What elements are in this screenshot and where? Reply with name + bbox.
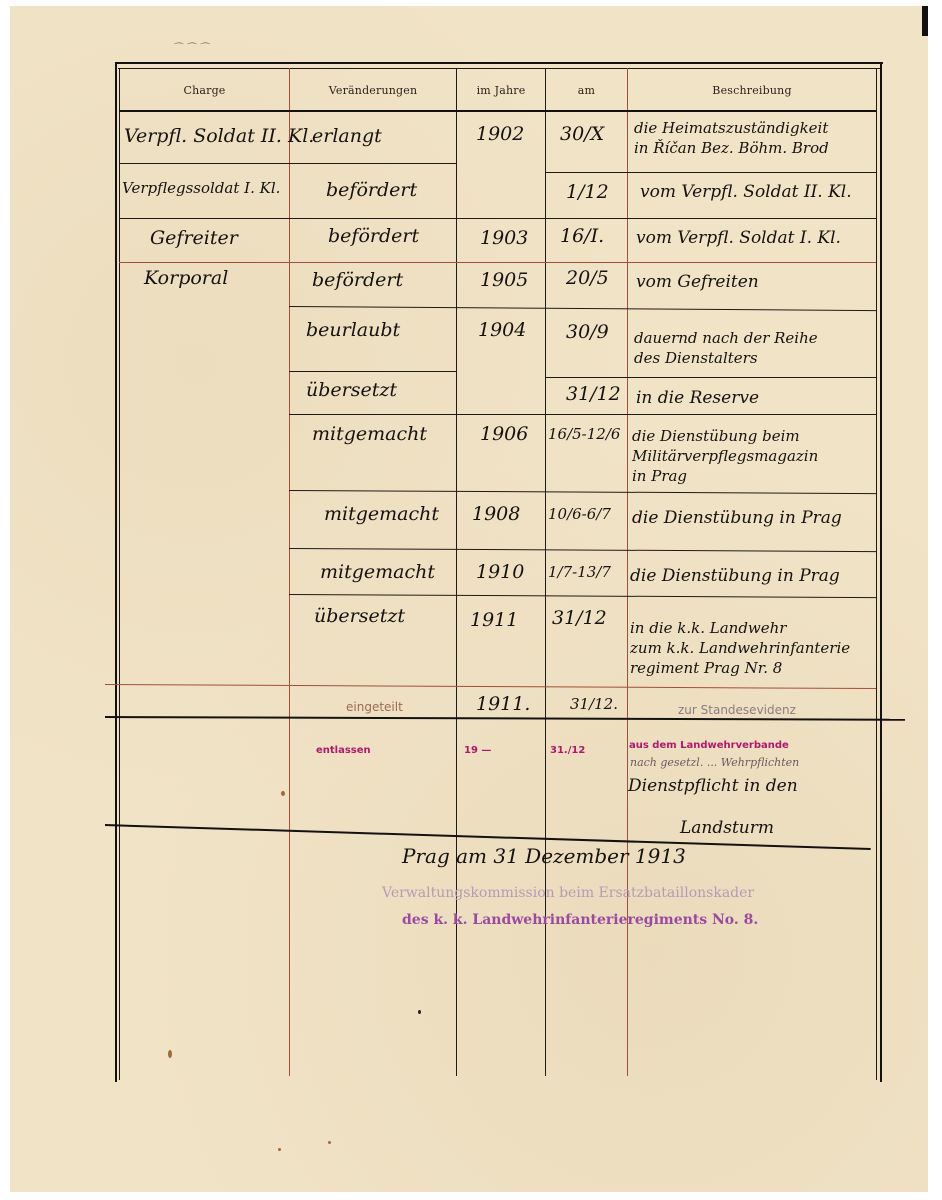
- row-5-date: 30/9: [566, 322, 609, 343]
- row-1-charge: Verpfl. Soldat II. Kl.: [124, 126, 314, 147]
- header-bottom-border: [119, 110, 876, 112]
- stain: [328, 1141, 331, 1144]
- row-3-charge: Gefreiter: [150, 228, 238, 249]
- row-line: [545, 377, 876, 378]
- row-line: [545, 172, 876, 173]
- row-10-description-line-3: regiment Prag Nr. 8: [630, 660, 782, 677]
- row-4-year: 1905: [480, 270, 528, 291]
- row-7-year: 1906: [480, 424, 528, 445]
- row-8-year: 1908: [472, 504, 520, 525]
- stain: [418, 1010, 421, 1014]
- row-10-date: 31/12: [552, 608, 607, 629]
- row-line: [119, 262, 876, 263]
- row-line: [289, 371, 457, 372]
- place-and-date: Prag am 31 Dezember 1913: [402, 846, 686, 867]
- row-4-description: vom Gefreiten: [636, 272, 759, 293]
- row-1-change: erlangt: [312, 126, 382, 147]
- stamp-eingeteilt: eingeteilt: [346, 700, 403, 714]
- row-line: [119, 218, 876, 219]
- row-2-date: 1/12: [566, 182, 609, 203]
- faint-mark: ⌒ ⌒ ⌒: [172, 40, 208, 57]
- row-5-change: beurlaubt: [306, 320, 400, 341]
- row-1-date: 30/X: [560, 124, 604, 145]
- table-top-inner-border: [118, 68, 880, 69]
- row-9-description: die Dienstübung in Prag: [630, 566, 840, 587]
- header-im-jahre: im Jahre: [457, 72, 545, 108]
- row-6-change: übersetzt: [306, 380, 397, 401]
- table-right-border: [880, 62, 882, 1082]
- stamp-gesetzl-wehrpflicht: nach gesetzl. ... Wehrpflichten: [630, 754, 799, 771]
- row-7-date: 16/5-12/6: [548, 426, 620, 443]
- row-4-change: befördert: [312, 270, 403, 291]
- row-6-date: 31/12: [566, 384, 621, 405]
- row-5-description-line-1: dauernd nach der Reihe: [634, 330, 818, 347]
- row-9-change: mitgemacht: [320, 562, 435, 583]
- row-line: [119, 163, 457, 164]
- stamp-landwehrverbande: aus dem Landwehrverbande: [629, 740, 789, 751]
- row-line: [289, 414, 876, 415]
- row-10-change: übersetzt: [314, 606, 405, 627]
- row-7-description-line-3: in Prag: [632, 468, 687, 485]
- table-left-inner-border: [119, 68, 120, 1080]
- entlassen-date: 31./12: [550, 745, 585, 756]
- header-veraenderungen: Veränderungen: [290, 72, 456, 108]
- row-1-description-line-2: in Říčan Bez. Böhm. Brod: [634, 140, 829, 157]
- stamp-standesevidenz: zur Standesevidenz: [678, 703, 796, 717]
- entlassen-handwritten-line-2: Landsturm: [680, 818, 774, 839]
- eingeteilt-year: 1911.: [476, 694, 530, 715]
- table-right-inner-border: [876, 68, 877, 1080]
- row-5-description-line-2: des Dienstalters: [634, 350, 758, 367]
- stamp-entlassen: entlassen: [316, 745, 371, 756]
- row-9-date: 1/7-13/7: [548, 564, 611, 581]
- office-stamp-line-1: Verwaltungskommission beim Ersatzbataill…: [382, 885, 754, 901]
- row-3-description: vom Verpfl. Soldat I. Kl.: [636, 228, 841, 249]
- scan-edge: [922, 6, 928, 36]
- header-am: am: [546, 72, 627, 108]
- row-2-change: befördert: [326, 180, 417, 201]
- row-3-year: 1903: [480, 228, 528, 249]
- row-3-change: befördert: [328, 226, 419, 247]
- row-7-description-line-2: Militärverpflegsmagazin: [632, 448, 818, 465]
- header-beschreibung: Beschreibung: [628, 72, 876, 108]
- row-3-date: 16/I.: [560, 226, 604, 247]
- row-7-description-line-1: die Dienstübung beim: [632, 428, 800, 445]
- row-8-change: mitgemacht: [324, 504, 439, 525]
- row-4-date: 20/5: [566, 268, 609, 289]
- row-4-charge: Korporal: [144, 268, 228, 289]
- row-9-year: 1910: [476, 562, 524, 583]
- table-top-border: [115, 62, 883, 64]
- stain: [278, 1148, 281, 1151]
- stain: [168, 1050, 172, 1058]
- row-10-description-line-2: zum k.k. Landwehrinfanterie: [630, 640, 850, 657]
- row-8-date: 10/6-6/7: [548, 506, 611, 523]
- eingeteilt-date: 31/12.: [570, 696, 618, 713]
- office-stamp-line-2: des k. k. Landwehrinfanterieregiments No…: [402, 912, 758, 928]
- row-10-year: 1911: [470, 610, 518, 631]
- row-7-change: mitgemacht: [312, 424, 427, 445]
- stain: [281, 791, 285, 796]
- entlassen-handwritten-line-1: Dienstpflicht in den: [628, 776, 798, 797]
- entlassen-year: 19 —: [464, 745, 491, 756]
- row-5-year: 1904: [478, 320, 526, 341]
- row-2-charge: Verpflegssoldat I. Kl.: [122, 180, 280, 197]
- row-6-description: in die Reserve: [636, 388, 759, 409]
- row-2-description: vom Verpfl. Soldat II. Kl.: [640, 182, 852, 203]
- row-10-description-line-1: in die k.k. Landwehr: [630, 620, 786, 637]
- column-divider-1: [289, 68, 290, 1076]
- table-left-border: [115, 62, 117, 1082]
- row-1-description-line-1: die Heimatszuständigkeit: [634, 120, 828, 137]
- row-1-year: 1902: [476, 124, 524, 145]
- header-charge: Charge: [120, 72, 289, 108]
- row-8-description: die Dienstübung in Prag: [632, 508, 842, 529]
